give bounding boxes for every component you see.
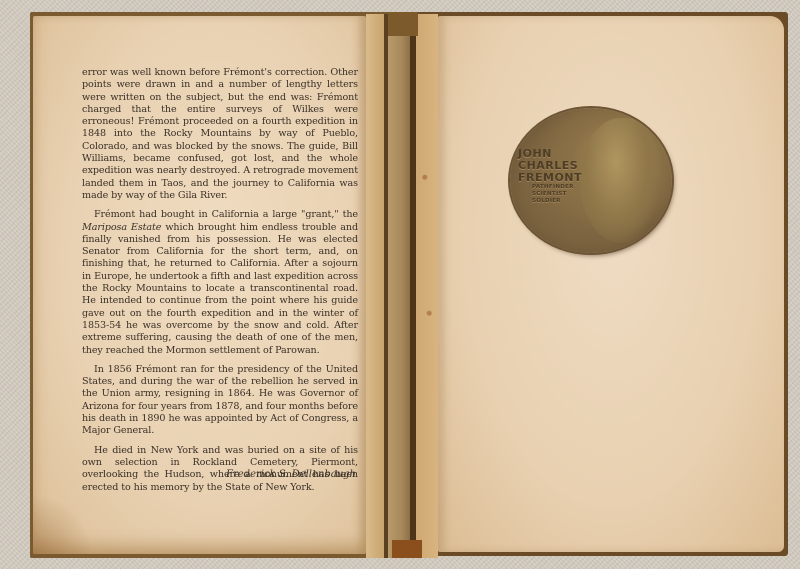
paragraph-2-start: Frémont had bought in California a large…	[94, 209, 358, 220]
medallion-sub-line-1: PATHFINDER	[532, 184, 588, 191]
spine-head-cap	[388, 12, 418, 36]
book-spine	[366, 14, 438, 558]
portrait-relief-icon	[580, 118, 660, 243]
paragraph-2-end: which brought him endless trouble and fi…	[82, 222, 358, 356]
inside-cover-page	[438, 16, 784, 552]
spine-cloth	[388, 14, 410, 558]
paragraph-1: error was well known before Frémont's co…	[82, 67, 358, 202]
open-book: error was well known before Frémont's co…	[0, 0, 800, 569]
medallion-name-line-3: FREMONT	[518, 172, 588, 184]
paragraph-3: In 1856 Frémont ran for the presidency o…	[82, 364, 358, 438]
bronze-medallion-portrait: JOHN CHARLES FREMONT PATHFINDER SCIENTIS…	[510, 108, 672, 253]
spine-hinge-left	[366, 14, 384, 558]
spine-hinge-right	[416, 14, 438, 558]
paragraph-2: Frémont had bought in California a large…	[82, 209, 358, 357]
medallion-sub-line-2: SCIENTIST	[532, 191, 588, 198]
mariposa-estate-italic: Mariposa Estate	[82, 222, 161, 233]
medallion-sub-line-3: SOLDIER	[532, 198, 588, 205]
author-signature: Frederick S. Dellenbaugh	[196, 469, 356, 480]
spine-tail-cap	[392, 540, 422, 558]
left-page-text: error was well known before Frémont's co…	[82, 67, 358, 501]
medallion-inscription: JOHN CHARLES FREMONT PATHFINDER SCIENTIS…	[518, 148, 588, 205]
